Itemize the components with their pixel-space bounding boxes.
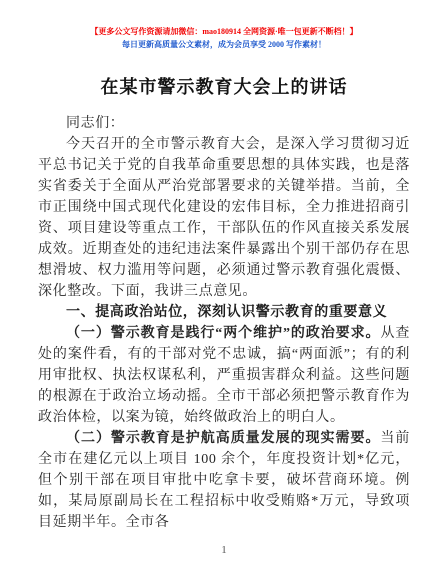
paragraph-point-1-lead: （一）警示教育是践行“两个维护”的政治要求。 <box>66 326 380 341</box>
promo-notice: 【更多公文写作资源请加微信：mao180914 全网资源·唯一包更新不断档！】 … <box>38 26 410 51</box>
document-page: 【更多公文写作资源请加微信：mao180914 全网资源·唯一包更新不断档！】 … <box>0 0 448 580</box>
page-number: 1 <box>0 544 448 556</box>
paragraph-point-2: （二）警示教育是护航高质量发展的现实需要。当前全市在建亿元以上项目 100 余个… <box>38 428 410 533</box>
paragraph-point-2-lead: （二）警示教育是护航高质量发展的现实需要。 <box>66 431 380 446</box>
document-body: 同志们： 今天召开的全市警示教育大会，是深入学习贯彻习近平总书记关于党的自我革命… <box>38 113 410 533</box>
document-title: 在某市警示教育大会上的讲话 <box>38 75 410 99</box>
paragraph-intro: 今天召开的全市警示教育大会，是深入学习贯彻习近平总书记关于党的自我革命重要思想的… <box>38 134 410 302</box>
salutation: 同志们： <box>38 113 410 134</box>
promo-line-blue: 每日更新高质量公文素材，成为会员享受 2000 写作素材！ <box>38 39 410 51</box>
section-heading-1: 一、提高政治站位，深刻认识警示教育的重要意义 <box>38 302 410 323</box>
paragraph-point-1: （一）警示教育是践行“两个维护”的政治要求。从查处的案件看，有的干部对党不忠诚，… <box>38 323 410 428</box>
promo-line-red: 【更多公文写作资源请加微信：mao180914 全网资源·唯一包更新不断档！】 <box>38 26 410 38</box>
